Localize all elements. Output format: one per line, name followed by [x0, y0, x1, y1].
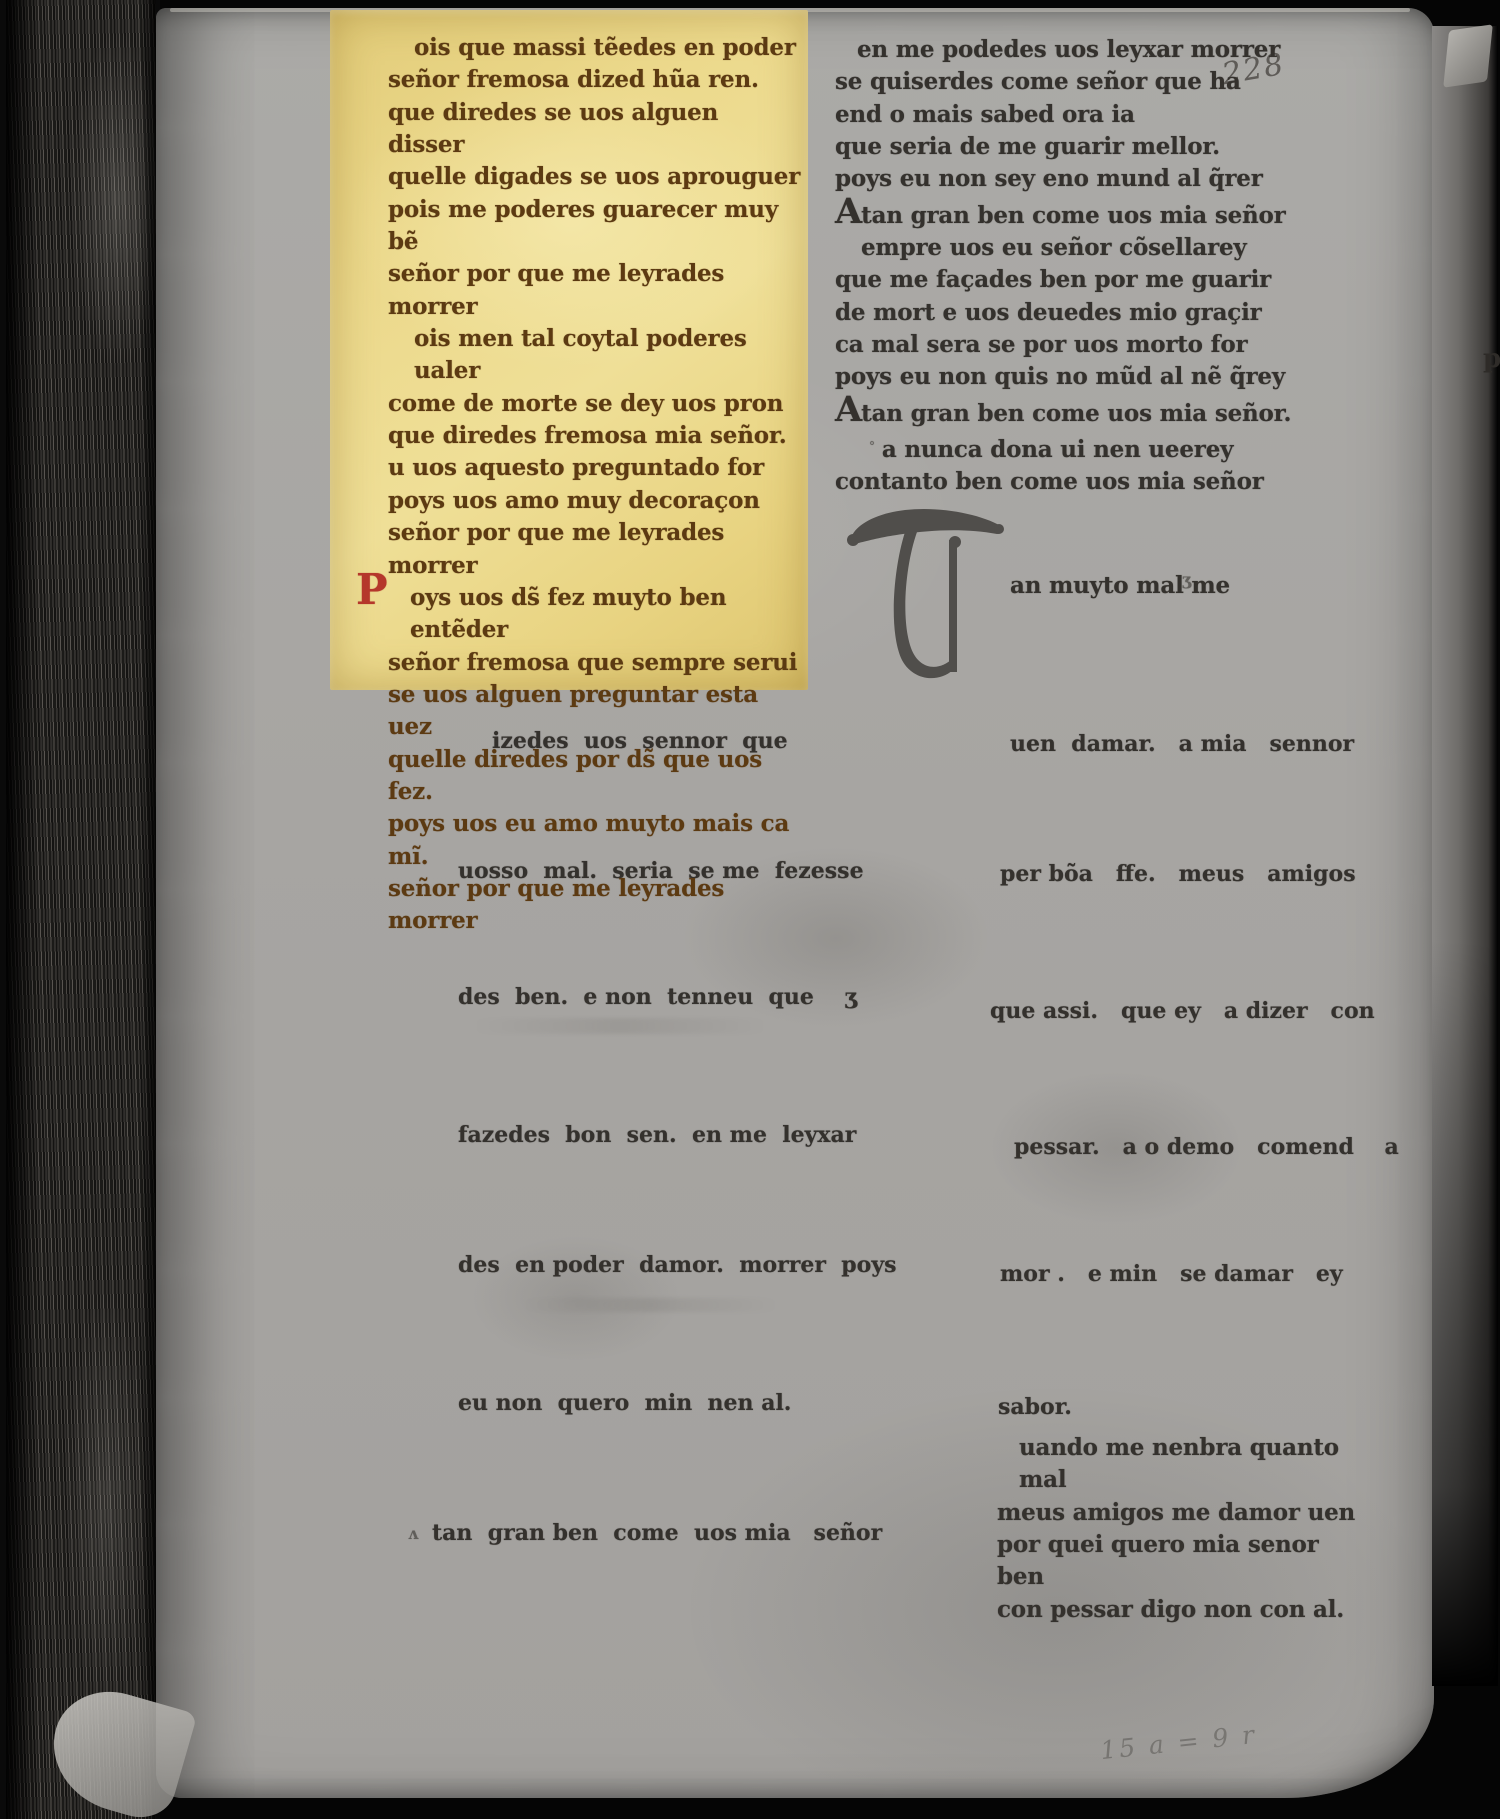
manuscript-photo: { "meta": { "folio_number": "228", "penc… [0, 0, 1500, 1819]
red-initial-P: P [356, 574, 387, 606]
excerpt-line-with-initial: Poys uos ds̃ fez muyto ben entẽder [388, 582, 802, 647]
guide-mark: ° [869, 439, 875, 453]
excerpt-line: señor por que me leyrades morrer [388, 258, 802, 323]
excerpt-line: que diredes se uos alguen disser [388, 97, 802, 162]
spaced-verse-line: des ben. e non tenneu que ʒ [458, 984, 857, 1010]
text-line: Atan gran ben come uos mia señor [835, 196, 1315, 232]
spaced-verse-line: pessar. a o demo comend a [1014, 1134, 1399, 1160]
excerpt-line: quelle digades se uos aprouguer [388, 161, 802, 193]
text-line: poys eu non sey eno mund al q̃rer [835, 163, 1315, 195]
excerpt-line: poys uos amo muy decoraçon [388, 485, 802, 517]
edge-text-fragment: p [1483, 344, 1500, 374]
right-column-top-block: en me podedes uos leyxar morrer se quise… [835, 34, 1315, 499]
spaced-verse-line: fazedes bon sen. en me leyxar [458, 1122, 856, 1148]
bleed-through-smudge [470, 1018, 770, 1034]
excerpt-line: quelle diredes por ds̃ que uos fez. [388, 744, 802, 809]
line-end-mark: ʒ [1182, 570, 1191, 589]
text-line: Atan gran ben come uos mia señor. [835, 394, 1315, 430]
highlight-text-block: ois que massi tẽedes en poder señor frem… [388, 32, 802, 938]
text-line-text: a nunca dona ui nen ueerey [882, 436, 1234, 463]
text-line: que seria de me guarir mellor. [835, 131, 1315, 163]
spaced-verse-line: uen damar. a mia sennor [1010, 731, 1354, 757]
guide-mark: ʌ [408, 1524, 418, 1543]
spaced-verse-line: que assi. que ey a dizer con [990, 998, 1375, 1024]
text-line: que me façades ben por me guarir [835, 264, 1315, 296]
excerpt-line: come de morte se dey uos pron [388, 388, 802, 420]
text-line: de mort e uos deuedes mio graçir [835, 297, 1315, 329]
text-line: se quiserdes come señor que ha [835, 66, 1315, 98]
next-page-corner [1443, 24, 1493, 87]
excerpt-line: ois men tal coytal poderes ualer [388, 323, 802, 388]
right-column-bottom-block: uando me nenbra quanto mal meus amigos m… [997, 1432, 1357, 1626]
excerpt-line: señor fremosa dized hũa ren. [388, 64, 802, 96]
excerpt-line-text: oys uos ds̃ fez muyto ben entẽder [410, 584, 726, 643]
excerpt-line: poys uos eu amo muyto mais ca mĩ. [388, 808, 802, 873]
text-line: por quei quero mia senor ben [997, 1529, 1357, 1594]
excerpt-line: u uos aquesto preguntado for [388, 452, 802, 484]
bleed-through-smudge [520, 1298, 780, 1312]
spaced-verse-line: sabor. [998, 1394, 1072, 1420]
text-line: contanto ben come uos mia señor [835, 466, 1315, 498]
excerpt-line: pois me poderes guarecer muy bẽ [388, 194, 802, 259]
text-line: empre uos eu señor cõsellarey [835, 232, 1315, 264]
spaced-verse-line: eu non quero min nen al. [458, 1390, 791, 1416]
text-line: °a nunca dona ui nen ueerey [835, 430, 1315, 466]
spaced-verse-line: mor . e min se damar ey [1000, 1261, 1343, 1287]
spaced-verse-line: per bõa ffe. meus amigos [1000, 861, 1356, 887]
highlight-region: ois que massi tẽedes en poder señor frem… [330, 10, 808, 690]
excerpt-line: ois que massi tẽedes en poder [388, 32, 802, 64]
text-line: poys eu non quis no mũd al nẽ q̃rey [835, 361, 1315, 393]
text-line: ca mal sera se por uos morto for [835, 329, 1315, 361]
fore-edge-pages [1432, 26, 1498, 1686]
text-line: con pessar digo non con al. [997, 1594, 1357, 1626]
excerpt-line: que diredes fremosa mia señor. [388, 420, 802, 452]
excerpt-line: se uos alguen preguntar esta uez [388, 679, 802, 744]
excerpt-line: señor por que me leyrades morrer [388, 873, 802, 938]
excerpt-line: señor fremosa que sempre serui [388, 647, 802, 679]
illuminated-initial-T [845, 500, 1010, 695]
excerpt-line: señor por que me leyrades morrer [388, 517, 802, 582]
spaced-verse-line: des en poder damor. morrer poys [458, 1252, 897, 1278]
spaced-verse-line: tan gran ben come uos mia señor [432, 1520, 882, 1546]
text-line: en me podedes uos leyxar morrer [835, 34, 1315, 66]
text-line: uando me nenbra quanto mal [997, 1432, 1357, 1497]
verse-first-line: an muyto mal me [1010, 572, 1230, 599]
stacked-page-edges [6, 0, 156, 1819]
text-line: meus amigos me damor uen [997, 1497, 1357, 1529]
text-line: end o mais sabed ora ia [835, 99, 1315, 131]
